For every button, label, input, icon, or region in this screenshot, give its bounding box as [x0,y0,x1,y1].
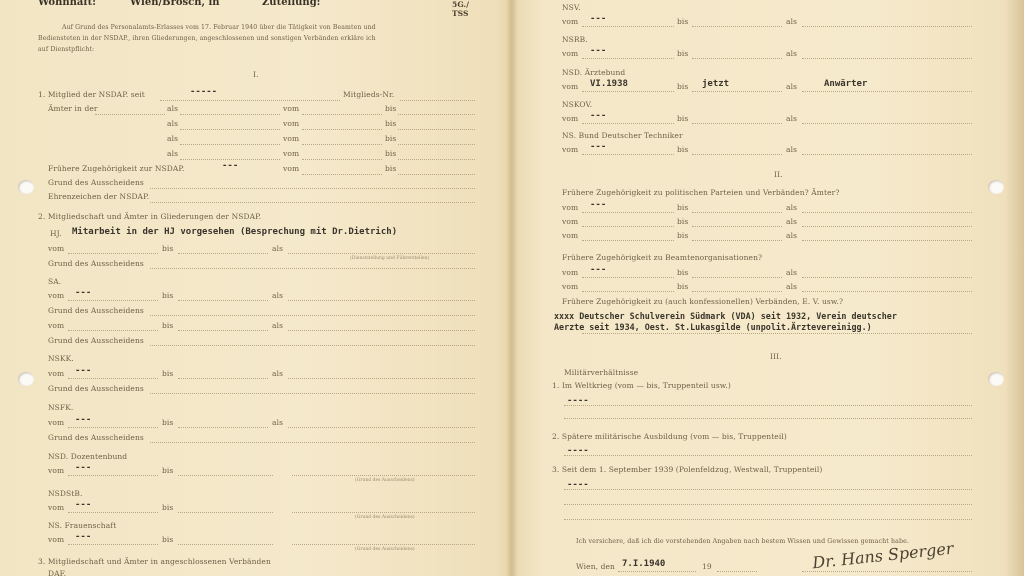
punch-hole [988,372,1004,386]
beamtenorg-value[interactable]: --- [590,265,606,275]
nsrb-label: NSRB. [562,35,588,44]
vom-label: vom [562,203,578,212]
sa-label: SA. [48,277,61,286]
ns-frauenschaft-value[interactable]: --- [75,532,91,542]
als-label: als [272,321,283,330]
vom-label: vom [48,466,64,475]
bis-label: bis [162,503,173,512]
bis-label: bis [162,321,173,330]
nsbdt-label: NS. Bund Deutscher Techniker [562,131,683,140]
bis-label: bis [385,104,396,113]
vom-label: vom [562,17,578,26]
q1-label: 1. Mitglied der NSDAP. seit [38,90,145,99]
vom-label: vom [562,268,578,277]
intro-line-2: Bediensteten in der NSDAP., ihren Gliede… [38,35,376,42]
declaration-text: Ich versichere, daß ich die vorstehenden… [576,538,909,545]
beamtenorg-label: Frühere Zugehörigkeit zu Beamtenorganisa… [562,253,762,262]
military-label: Militärverhältnisse [564,368,638,377]
code-top: 5G./ [452,0,469,9]
nsd-aerztebund-vom[interactable]: VI.1938 [590,79,628,89]
vom-label: vom [562,282,578,291]
bis-label: bis [677,17,688,26]
bis-label: bis [162,291,173,300]
form-page-right: NSV. vom --- bis als NSRB. vom --- bis a… [512,0,1024,576]
political-parties-label: Frühere Zugehörigkeit zu politischen Par… [562,188,839,197]
page-gutter [506,0,518,576]
bis-label: bis [162,466,173,475]
bis-label: bis [677,82,688,91]
q3-sub: DAF. [48,569,66,576]
als-label: als [786,203,797,212]
vom-label: vom [48,321,64,330]
bis-label: bis [677,49,688,58]
bis-label: bis [677,114,688,123]
nsv-value[interactable]: --- [590,14,606,24]
mil-2-label: 2. Spätere militärische Ausbildung (vom … [552,432,787,441]
grund-hint: (Grund des Ausscheidens) [355,515,415,520]
mil-3-label: 3. Seit dem 1. September 1939 (Polenfeld… [552,465,822,474]
nskk-value[interactable]: --- [75,366,91,376]
q3-label: 3. Mitgliedschaft und Ämter in angeschlo… [38,557,271,566]
bis-label: bis [677,231,688,240]
nsrb-value[interactable]: --- [590,46,606,56]
vom-label: vom [562,49,578,58]
als-label: als [272,418,283,427]
als-label: als [786,114,797,123]
als-label: als [786,231,797,240]
vom-label: vom [283,104,299,113]
sa-value[interactable]: --- [75,288,91,298]
als-label: als [272,369,283,378]
section-II-heading: II. [774,170,783,179]
intro-line-1: Auf Grund des Personalamts-Erlasses vom … [62,24,376,31]
bis-label: bis [162,535,173,544]
q1-value[interactable]: ----- [190,87,217,97]
nsd-aerztebund-label: NSD. Ärztebund [562,68,625,77]
q2-label: 2. Mitgliedschaft und Ämter in Gliederun… [38,212,261,221]
intro-line-3: auf Dienstpflicht: [38,46,94,53]
als-label: als [167,149,178,158]
date-value[interactable]: 7.I.1940 [622,559,665,569]
form-page-left: Wohnhaft: Wien/Brosch, in Zuteilung: 5G.… [0,0,512,576]
zuteilung-label: Zuteilung: [262,0,320,8]
als-label: als [786,268,797,277]
grund-hint: (Grund des Ausscheidens) [355,547,415,552]
grund-label: Grund des Ausscheidens [48,178,144,187]
grund-hint: (Grund des Ausscheidens) [355,478,415,483]
nsd-aerztebund-als[interactable]: Anwärter [824,79,867,89]
als-label: als [786,17,797,26]
vom-label: vom [562,82,578,91]
als-label: als [167,134,178,143]
vom-label: vom [283,119,299,128]
bis-label: bis [677,203,688,212]
als-label: als [786,145,797,154]
vom-label: vom [562,217,578,226]
bis-label: bis [162,369,173,378]
vom-label: vom [48,535,64,544]
nsdstb-label: NSDStB. [48,489,82,498]
ns-frauenschaft-label: NS. Frauenschaft [48,521,116,530]
vom-label: vom [283,149,299,158]
bis-label: bis [385,134,396,143]
hj-hint: (Dienststellung und Führerstellen) [350,256,429,261]
als-label: als [272,244,283,253]
vom-label: vom [562,231,578,240]
hj-value[interactable]: Mitarbeit in der HJ vorgesehen (Besprech… [72,227,397,237]
grund-label: Grund des Ausscheidens [48,259,144,268]
als-label: als [167,104,178,113]
fruehere-label: Frühere Zugehörigkeit zur NSDAP. [48,164,184,173]
nsd-aerztebund-bis[interactable]: jetzt [702,79,729,89]
section-I-heading: I. [253,70,259,79]
grund-label: Grund des Ausscheidens [48,384,144,393]
punch-hole [988,180,1004,194]
aemter-label: Ämter in der [48,104,98,113]
vom-label: vom [48,503,64,512]
bis-label: bis [677,217,688,226]
vom-label: vom [562,114,578,123]
bis-label: bis [677,282,688,291]
member-no-label: Mitglieds-Nr. [343,90,394,99]
vom-label: vom [283,134,299,143]
nsfk-label: NSFK. [48,403,73,412]
nskov-value[interactable]: --- [590,111,606,121]
section-III-heading: III. [770,352,782,361]
grund-label: Grund des Ausscheidens [48,306,144,315]
place-label: Wien, den [576,562,615,571]
nsbdt-value[interactable]: --- [590,142,606,152]
grund-label: Grund des Ausscheidens [48,433,144,442]
konfessionelle-label: Frühere Zugehörigkeit zu (auch konfessio… [562,297,843,306]
political-parties-value[interactable]: --- [590,200,606,210]
wohnhaft-label: Wohnhaft: [38,0,96,8]
als-label: als [786,82,797,91]
grund-label: Grund des Ausscheidens [48,336,144,345]
fruehere-value[interactable]: --- [222,161,238,171]
vom-label: vom [48,291,64,300]
nsfk-value[interactable]: --- [75,415,91,425]
bis-label: bis [677,268,688,277]
bis-label: bis [385,119,396,128]
vom-label: vom [283,164,299,173]
bis-label: bis [677,145,688,154]
vom-label: vom [562,145,578,154]
year-suffix: 19 [702,562,712,571]
als-label: als [786,49,797,58]
ehrenzeichen-label: Ehrenzeichen der NSDAP. [48,192,149,201]
hj-label: HJ. [50,229,62,238]
nsv-label: NSV. [562,3,581,12]
wohnhaft-value: Wien/Brosch, in [130,0,220,8]
code-bottom: TSS [452,9,469,18]
mil-1-label: 1. Im Weltkrieg (vom — bis, Truppenteil … [552,381,731,390]
als-label: als [786,217,797,226]
konfessionelle-value-2[interactable]: Aerzte seit 1934, Oest. St.Lukasgilde (u… [554,322,872,332]
als-label: als [786,282,797,291]
punch-hole [18,372,34,386]
nsdstb-value[interactable]: --- [75,500,91,510]
vom-label: vom [48,244,64,253]
bis-label: bis [385,149,396,158]
nskk-label: NSKK. [48,354,74,363]
nskov-label: NSKOV. [562,100,592,109]
bis-label: bis [162,418,173,427]
als-label: als [272,291,283,300]
nsd-value[interactable]: --- [75,463,91,473]
vom-label: vom [48,418,64,427]
punch-hole [18,180,34,194]
konfessionelle-value-1[interactable]: xxxx Deutscher Schulverein Südmark (VDA)… [554,311,897,321]
als-label: als [167,119,178,128]
vom-label: vom [48,369,64,378]
nsd-label: NSD. Dozentenbund [48,452,127,461]
bis-label: bis [385,164,396,173]
bis-label: bis [162,244,173,253]
